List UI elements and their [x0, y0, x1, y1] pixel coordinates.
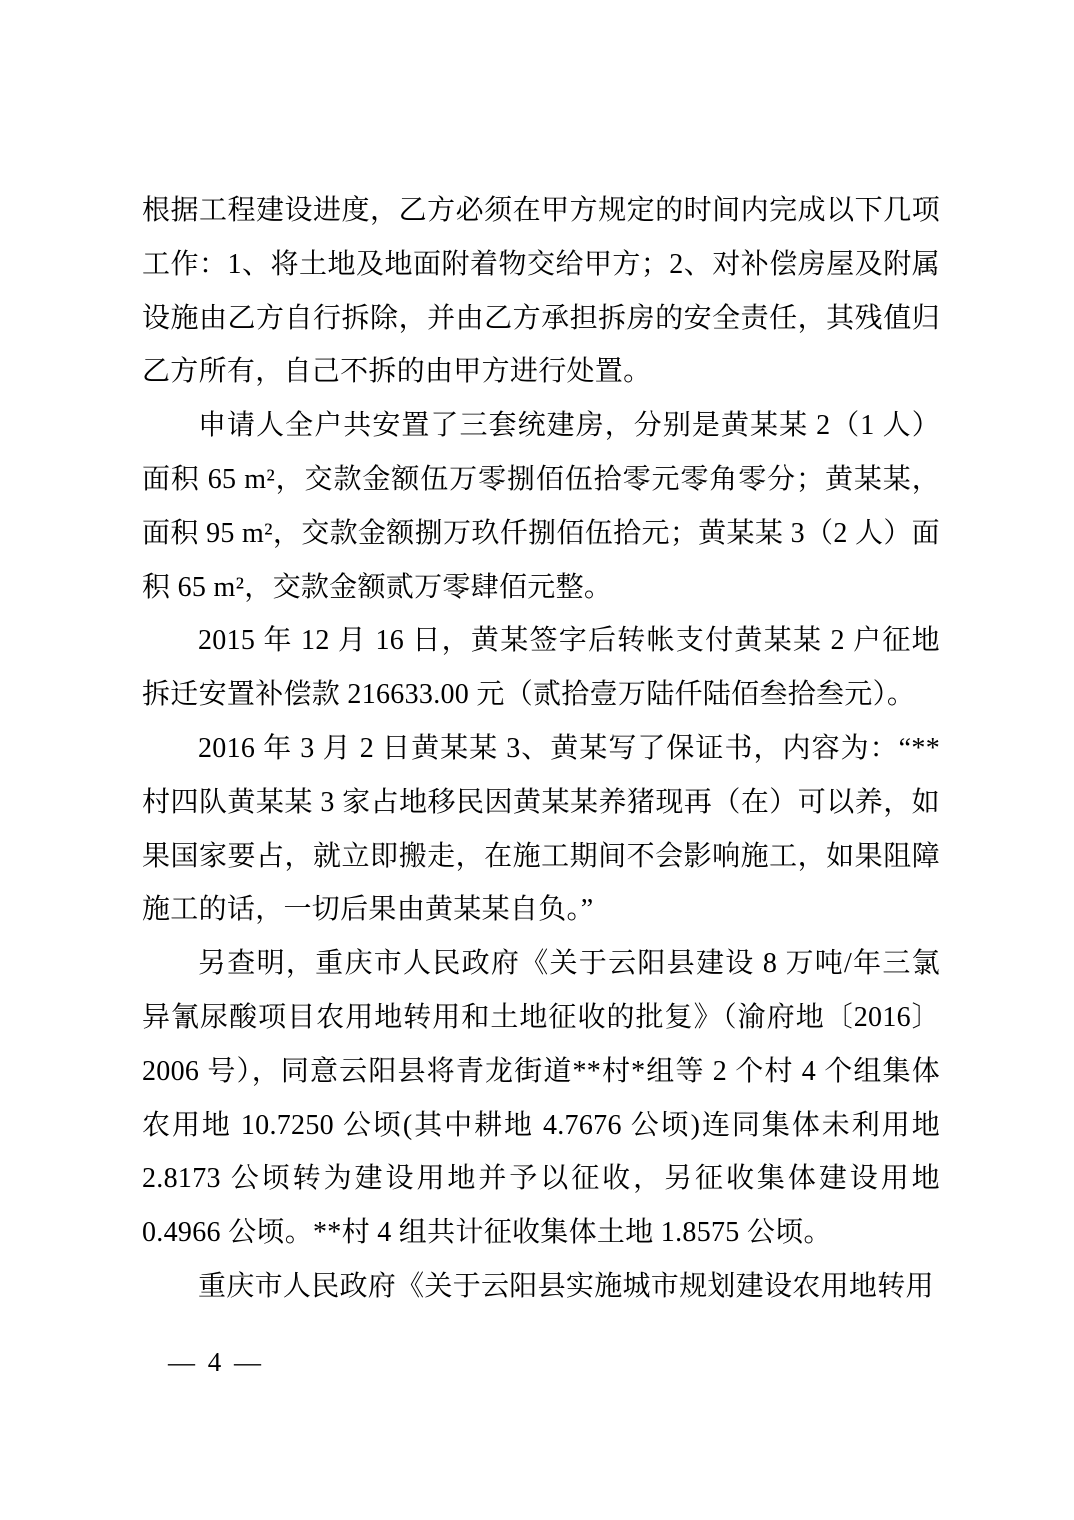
paragraph-resettlement-housing: 申请人全户共安置了三套统建房，分别是黄某某 2（1 人）面积 65 m²，交款金… [142, 399, 940, 614]
paragraph-compensation-payment: 2015 年 12 月 16 日，黄某签字后转帐支付黄某某 2 户征地拆迁安置补… [142, 614, 940, 722]
document-page: 根据工程建设进度，乙方必须在甲方规定的时间内完成以下几项工作：1、将土地及地面附… [0, 0, 1074, 1520]
paragraph-guarantee-letter: 2016 年 3 月 2 日黄某某 3、黄某写了保证书，内容为：“**村四队黄某… [142, 722, 940, 937]
page-number: — 4 — [168, 1342, 264, 1382]
paragraph-contract-obligations: 根据工程建设进度，乙方必须在甲方规定的时间内完成以下几项工作：1、将土地及地面附… [142, 184, 940, 399]
paragraph-city-planning: 重庆市人民政府《关于云阳县实施城市规划建设农用地转用 [142, 1260, 940, 1314]
paragraph-land-approval: 另查明，重庆市人民政府《关于云阳县建设 8 万吨/年三氯异氰尿酸项目农用地转用和… [142, 937, 940, 1260]
document-body: 根据工程建设进度，乙方必须在甲方规定的时间内完成以下几项工作：1、将土地及地面附… [142, 184, 940, 1314]
